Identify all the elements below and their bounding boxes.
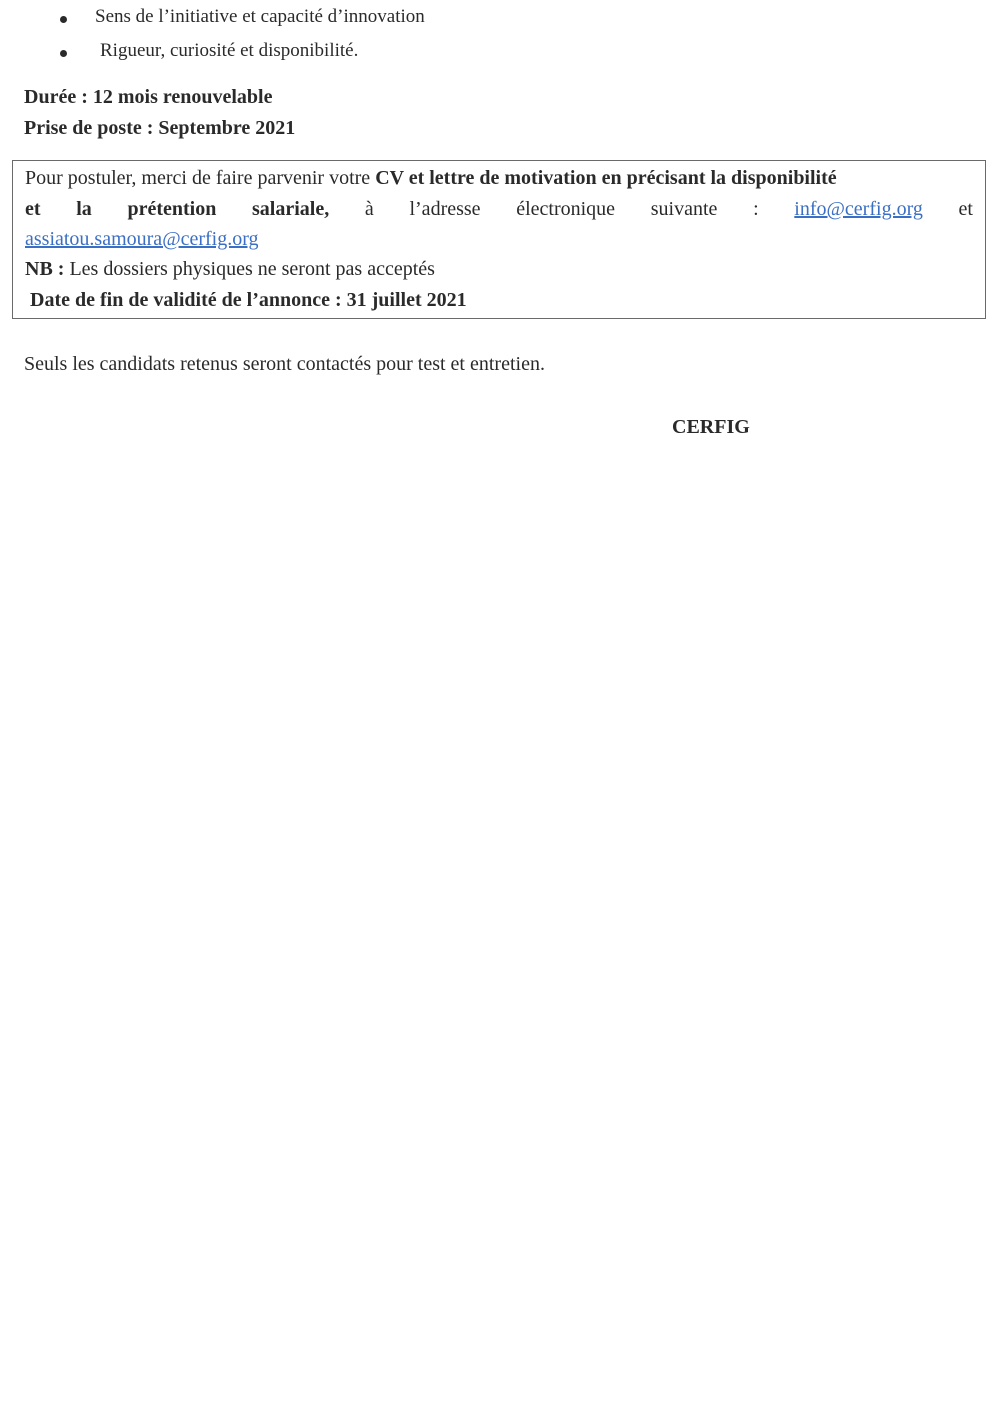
- signature: CERFIG: [672, 416, 750, 439]
- word: et: [959, 198, 973, 221]
- quality-text: Sens de l’initiative et capacité d’innov…: [95, 6, 425, 28]
- duration: Durée : 12 mois renouvelable: [24, 86, 273, 109]
- word: l’adresse: [409, 198, 480, 221]
- word: salariale,: [252, 198, 329, 221]
- secondary-email-line: assiatou.samoura@cerfig.org: [25, 228, 973, 251]
- start-date: Prise de poste : Septembre 2021: [24, 117, 295, 140]
- word: électronique: [516, 198, 615, 221]
- bullet-icon: [60, 50, 67, 57]
- nb-text: Les dossiers physiques ne seront pas acc…: [64, 258, 434, 280]
- nb-note: NB : Les dossiers physiques ne seront pa…: [25, 258, 973, 281]
- word: et: [25, 198, 41, 221]
- application-instructions: Pour postuler, merci de faire parvenir v…: [25, 167, 973, 190]
- application-box: Pour postuler, merci de faire parvenir v…: [12, 160, 986, 319]
- word: prétention: [127, 198, 216, 221]
- word: la: [76, 198, 92, 221]
- application-instructions-line2: et la prétention salariale, à l’adresse …: [25, 198, 973, 221]
- word: :: [753, 198, 759, 221]
- word: suivante: [651, 198, 718, 221]
- bullet-icon: [60, 16, 67, 23]
- email-link-secondary[interactable]: assiatou.samoura@cerfig.org: [25, 228, 259, 250]
- instructions-bold-text: CV et lettre de motivation en précisant …: [375, 167, 836, 189]
- quality-text: Rigueur, curiosité et disponibilité.: [100, 40, 358, 62]
- instructions-text: Pour postuler, merci de faire parvenir v…: [25, 167, 375, 189]
- deadline: Date de fin de validité de l’annonce : 3…: [30, 289, 973, 312]
- nb-label: NB :: [25, 258, 64, 280]
- word: à: [365, 198, 374, 221]
- footer-note: Seuls les candidats retenus seront conta…: [24, 353, 545, 376]
- email-link-primary[interactable]: info@cerfig.org: [794, 198, 923, 221]
